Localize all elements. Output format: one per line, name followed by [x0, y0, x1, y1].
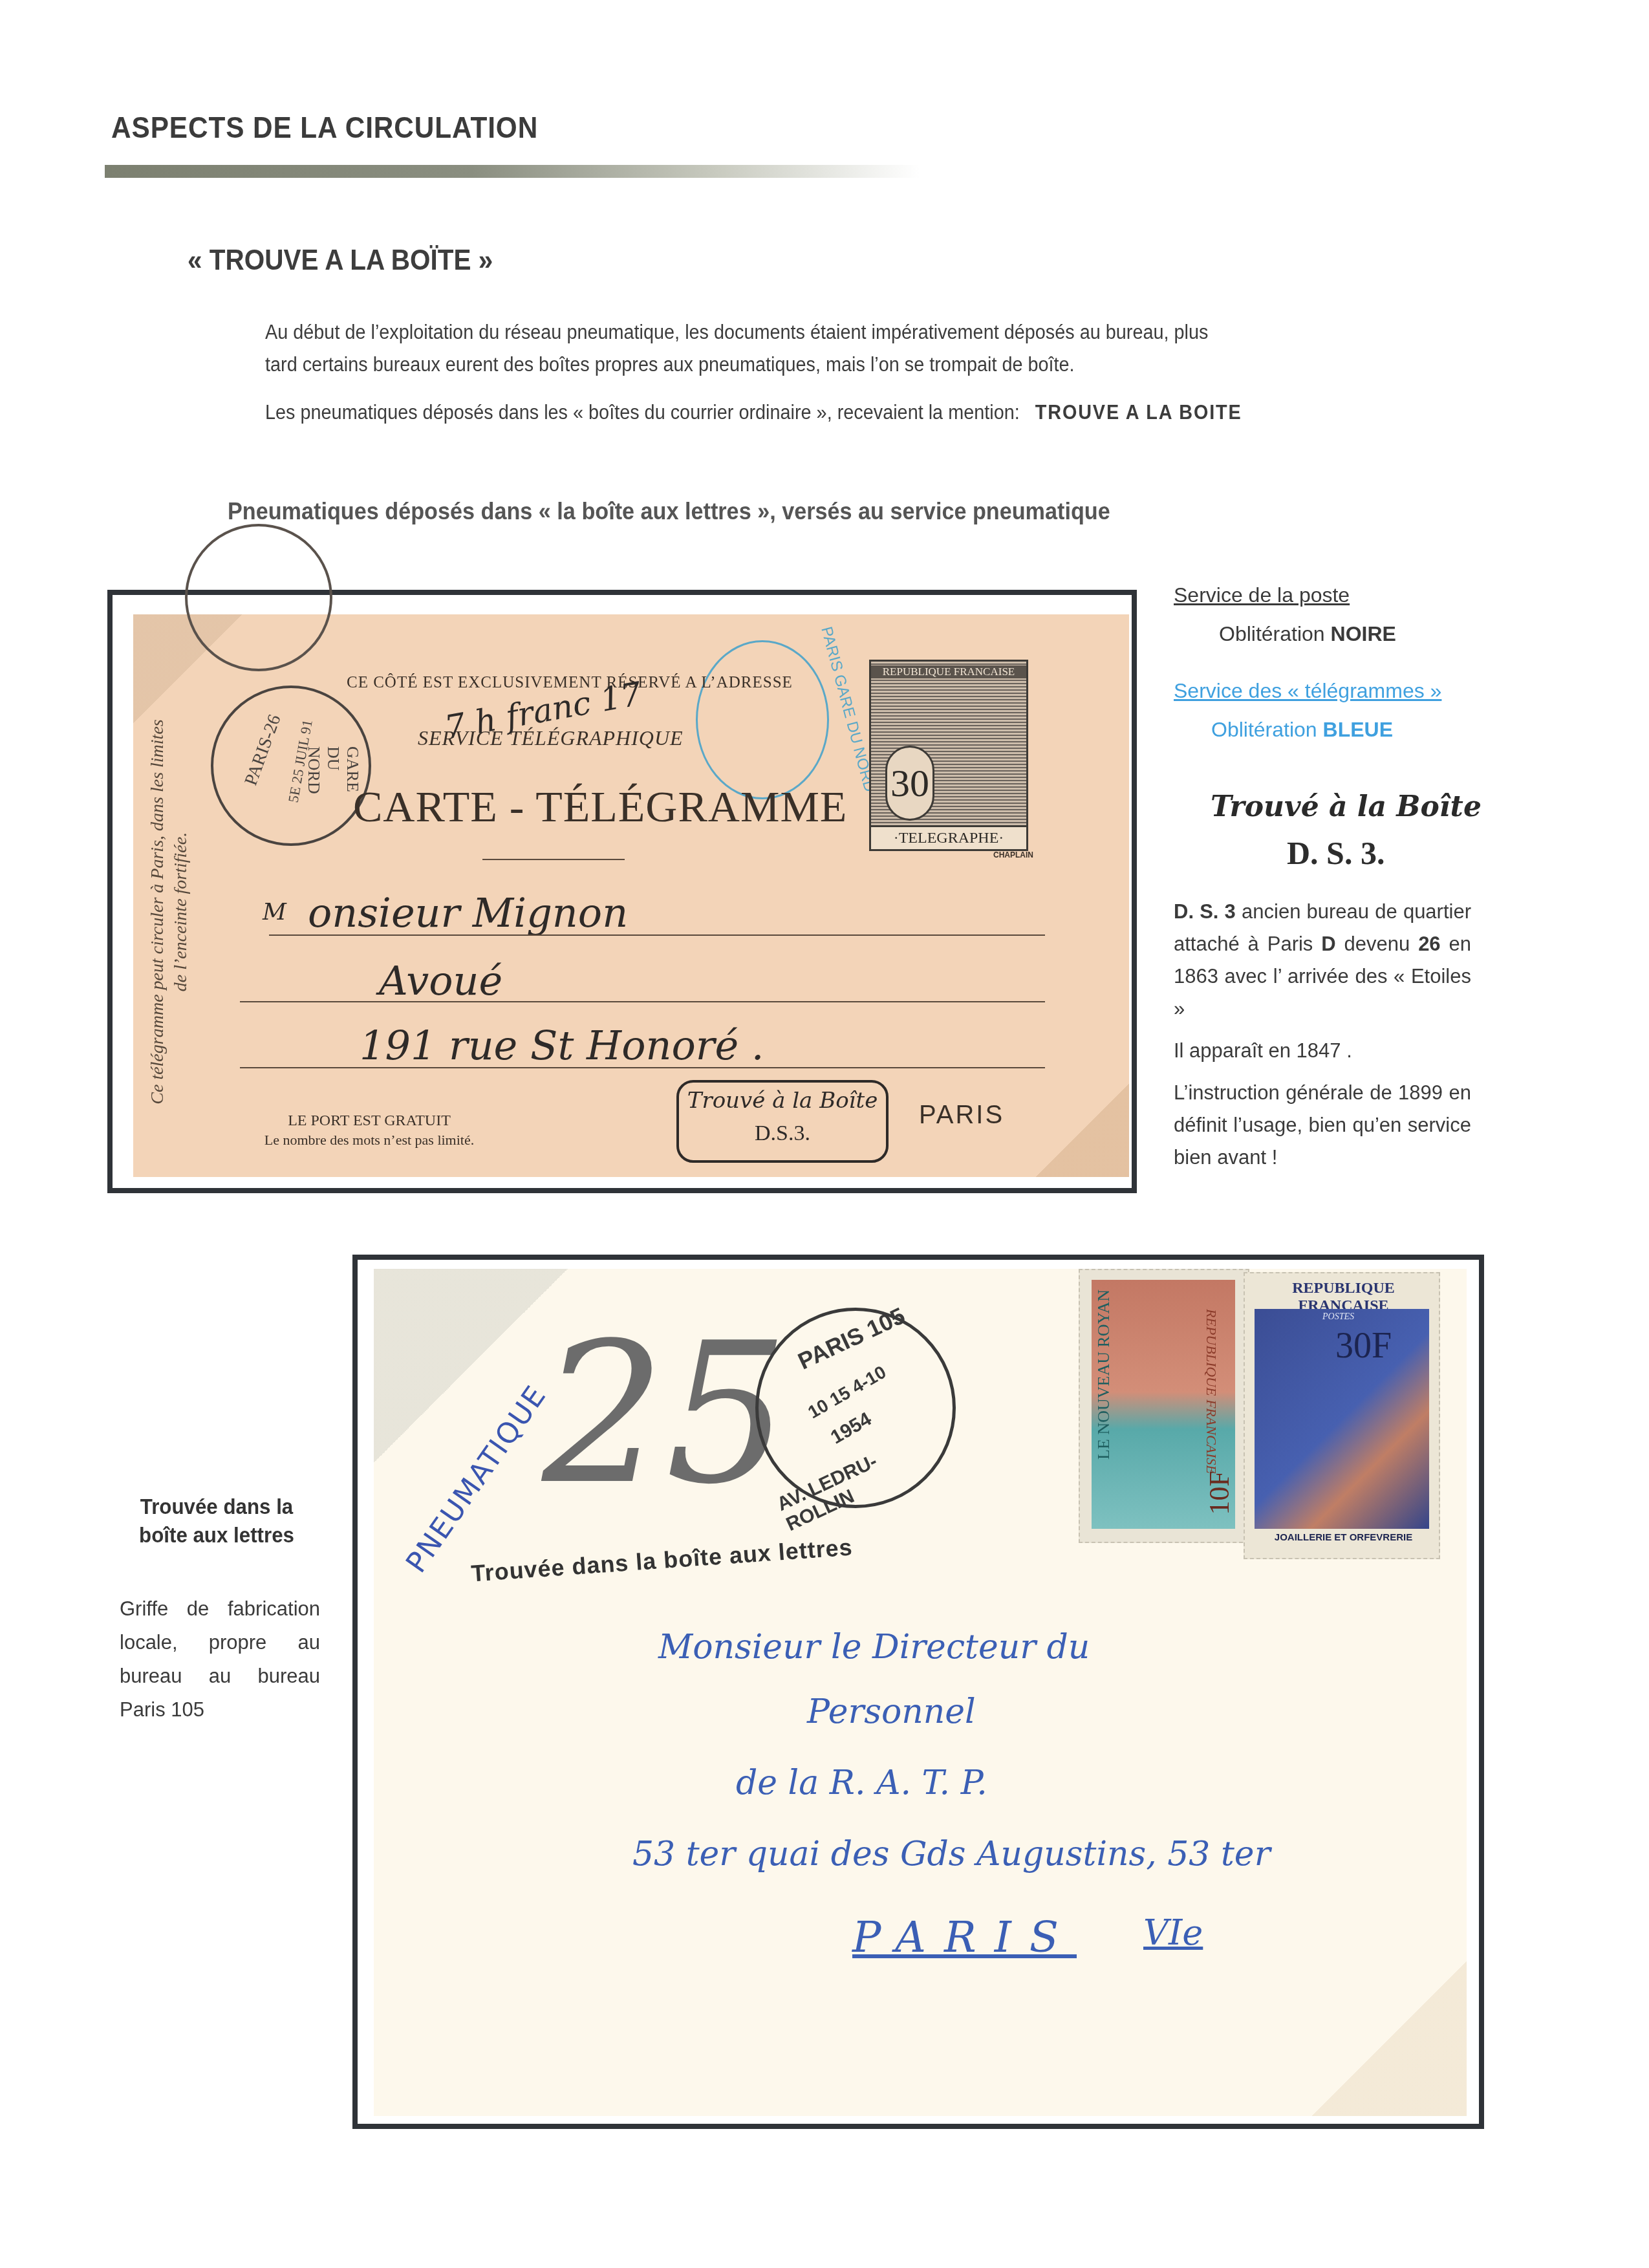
divider — [482, 859, 625, 860]
stamp-country: REPUBLIQUE FRANCAISE — [871, 665, 1026, 678]
cancel-time: 10 15 — [804, 1383, 854, 1423]
cancel-black-line1: PARIS-26 — [241, 712, 286, 788]
cancel-datetime: 10 15 4-10 — [804, 1362, 890, 1423]
address-rule-3 — [240, 1067, 1045, 1068]
poste-obliteration-label: Oblitération — [1219, 622, 1325, 645]
instruction-note: L’instruction générale de 1899 en défini… — [1174, 1077, 1471, 1174]
ds3-mark-line1: Trouvé à la Boîte — [685, 1088, 879, 1114]
address-line-5: PARIS — [852, 1912, 1077, 1962]
telegram-heading: Service des « télégrammes » — [1174, 679, 1441, 703]
address-arrondissement: VIe — [1143, 1912, 1203, 1953]
cancel-bottom: AV. LEDRU-ROLLIN — [774, 1421, 954, 1536]
stamp-joa-label: JOAILLERIE ET ORFEVRERIE — [1251, 1532, 1436, 1543]
pneumatique-mark: PNEUMATIQUE — [400, 1379, 553, 1579]
poste-heading: Service de la poste — [1174, 583, 1350, 607]
stamp-joa-value: 30F — [1335, 1325, 1392, 1366]
envelope-caption-text: Griffe de fabrication locale, propre au … — [120, 1592, 320, 1727]
partial-cancel-top — [185, 524, 332, 671]
desc-text-2: devenu — [1336, 933, 1419, 955]
port-note: Le nombre des mots n’est pas limité. — [246, 1132, 492, 1149]
cancel-year: 1954 — [827, 1409, 876, 1449]
telegram-obliteration-label: Oblitération — [1211, 718, 1317, 741]
address-line-2: Personnel — [807, 1692, 976, 1731]
blue-cancel-gare-du-nord: PARIS GARE DU NORD — [696, 640, 829, 799]
desc-bold-d: D — [1321, 933, 1335, 955]
section-title: ASPECTS DE LA CIRCULATION — [111, 110, 538, 145]
vertical-note-line-1: Ce télégramme peut circuler à Paris, dan… — [146, 647, 169, 1177]
stamp-royan-value: 10F — [1203, 1471, 1236, 1515]
poste-obliteration-color: NOIRE — [1331, 622, 1396, 645]
pneumatique-envelope: PNEUMATIQUE 25 PARIS 105 10 15 4-10 1954… — [374, 1269, 1467, 2116]
address-line-3: de la R. A. T. P. — [736, 1764, 987, 1802]
port-gratuit: LE PORT EST GRATUIT — [272, 1112, 466, 1130]
address-rule-1 — [269, 934, 1045, 936]
intro-line-2: tard certains bureaux eurent des boîtes … — [265, 353, 1075, 376]
stamp-label: ·TELEGRAPHE· — [871, 825, 1026, 849]
tax-mark-25: 25 — [542, 1301, 789, 1527]
stamp-value: 30 — [885, 746, 934, 821]
mention-text: TROUVE A LA BOITE — [1035, 401, 1242, 424]
stamp-joa-postes: POSTES — [1322, 1312, 1354, 1323]
section-subtitle: Pneumatiques déposés dans « la boîte aux… — [228, 498, 1110, 525]
address-rule-2 — [240, 1001, 1045, 1002]
address-line-1: Monsieur le Directeur du — [658, 1628, 1090, 1667]
cancel-paris-105: PARIS 105 10 15 4-10 1954 AV. LEDRU-ROLL… — [755, 1308, 956, 1508]
telegram-obliteration: Oblitération BLEUE — [1211, 718, 1393, 742]
address-prefix: M — [263, 899, 286, 925]
telegram-obliteration-color: BLEUE — [1323, 718, 1393, 741]
script-trouve-a-la-boite: Trouvé à la Boîte — [1211, 790, 1482, 823]
carte-telegramme-title: CARTE - TÉLÉGRAMME — [353, 781, 847, 832]
intro-line-3: Les pneumatiques déposés dans les « boît… — [265, 401, 1242, 424]
title-underline-bar — [105, 165, 920, 178]
envelope-frame: PNEUMATIQUE 25 PARIS 105 10 15 4-10 1954… — [352, 1255, 1484, 2129]
carte-telegramme: Ce télégramme peut circuler à Paris, dan… — [133, 614, 1129, 1177]
destination-city: PARIS — [919, 1101, 1004, 1130]
postcard-frame: Ce télégramme peut circuler à Paris, dan… — [107, 590, 1137, 1193]
stamp-engraver: CHAPLAIN — [993, 850, 1033, 859]
stamp-30c-telegraphe: REPUBLIQUE FRANCAISE 30 ·TELEGRAPHE· — [869, 660, 1028, 851]
postcard-vertical-note: Ce télégramme peut circuler à Paris, dan… — [146, 647, 193, 1177]
ds3-description: D. S. 3 ancien bureau de quartier attach… — [1174, 896, 1471, 1025]
griffe-trouvee-boite-aux-lettres: Trouvée dans la boîte aux lettres — [470, 1533, 854, 1587]
cancel-date: 4-10 — [848, 1362, 889, 1398]
poste-obliteration: Oblitération NOIRE — [1219, 622, 1396, 646]
intro-line-1: Au début de l’exploitation du réseau pne… — [265, 321, 1208, 344]
page-title: « TROUVE A LA BOÏTE » — [188, 244, 493, 277]
address-line-1: onsieur Mignon — [308, 889, 628, 936]
trouve-a-la-boite-ds3-mark: Trouvé à la Boîte D.S.3. — [676, 1080, 889, 1163]
stamp-royan-title: LE NOUVEAU ROYAN — [1094, 1290, 1114, 1460]
address-line-4: 53 ter quai des Gds Augustins, 53 ter — [632, 1835, 1271, 1874]
address-line-3: 191 rue St Honoré . — [360, 1022, 764, 1069]
stamp-joaillerie-30f: REPUBLIQUE FRANCAISE POSTES 30F JOAILLER… — [1244, 1272, 1440, 1559]
envelope-caption-title: Trouvée dans la boîte aux lettres — [127, 1493, 306, 1550]
appeared-note: Il apparaît en 1847 . — [1174, 1035, 1471, 1067]
address-line-2: Avoué — [379, 957, 502, 1004]
desc-bold-ds3: D. S. 3 — [1174, 900, 1236, 923]
black-cancel-paris-26: PARIS-26 5E 25 JUIL 91 GARE DU NORD — [211, 686, 371, 846]
desc-bold-26: 26 — [1418, 933, 1440, 955]
ds3-mark-line2: D.S.3. — [679, 1121, 886, 1146]
ds3-title: D. S. 3. — [1287, 834, 1385, 872]
stamp-royan-10f: LE NOUVEAU ROYAN REPUBLIQUE FRANCAISE 10… — [1079, 1269, 1249, 1543]
cancel-top: PARIS 105 — [793, 1302, 909, 1375]
stamp-royan-country: REPUBLIQUE FRANCAISE — [1203, 1309, 1220, 1474]
intro-line-3-text: Les pneumatiques déposés dans les « boît… — [265, 401, 1020, 424]
vertical-note-line-2: de l’enceinte fortifiée. — [169, 647, 193, 1177]
